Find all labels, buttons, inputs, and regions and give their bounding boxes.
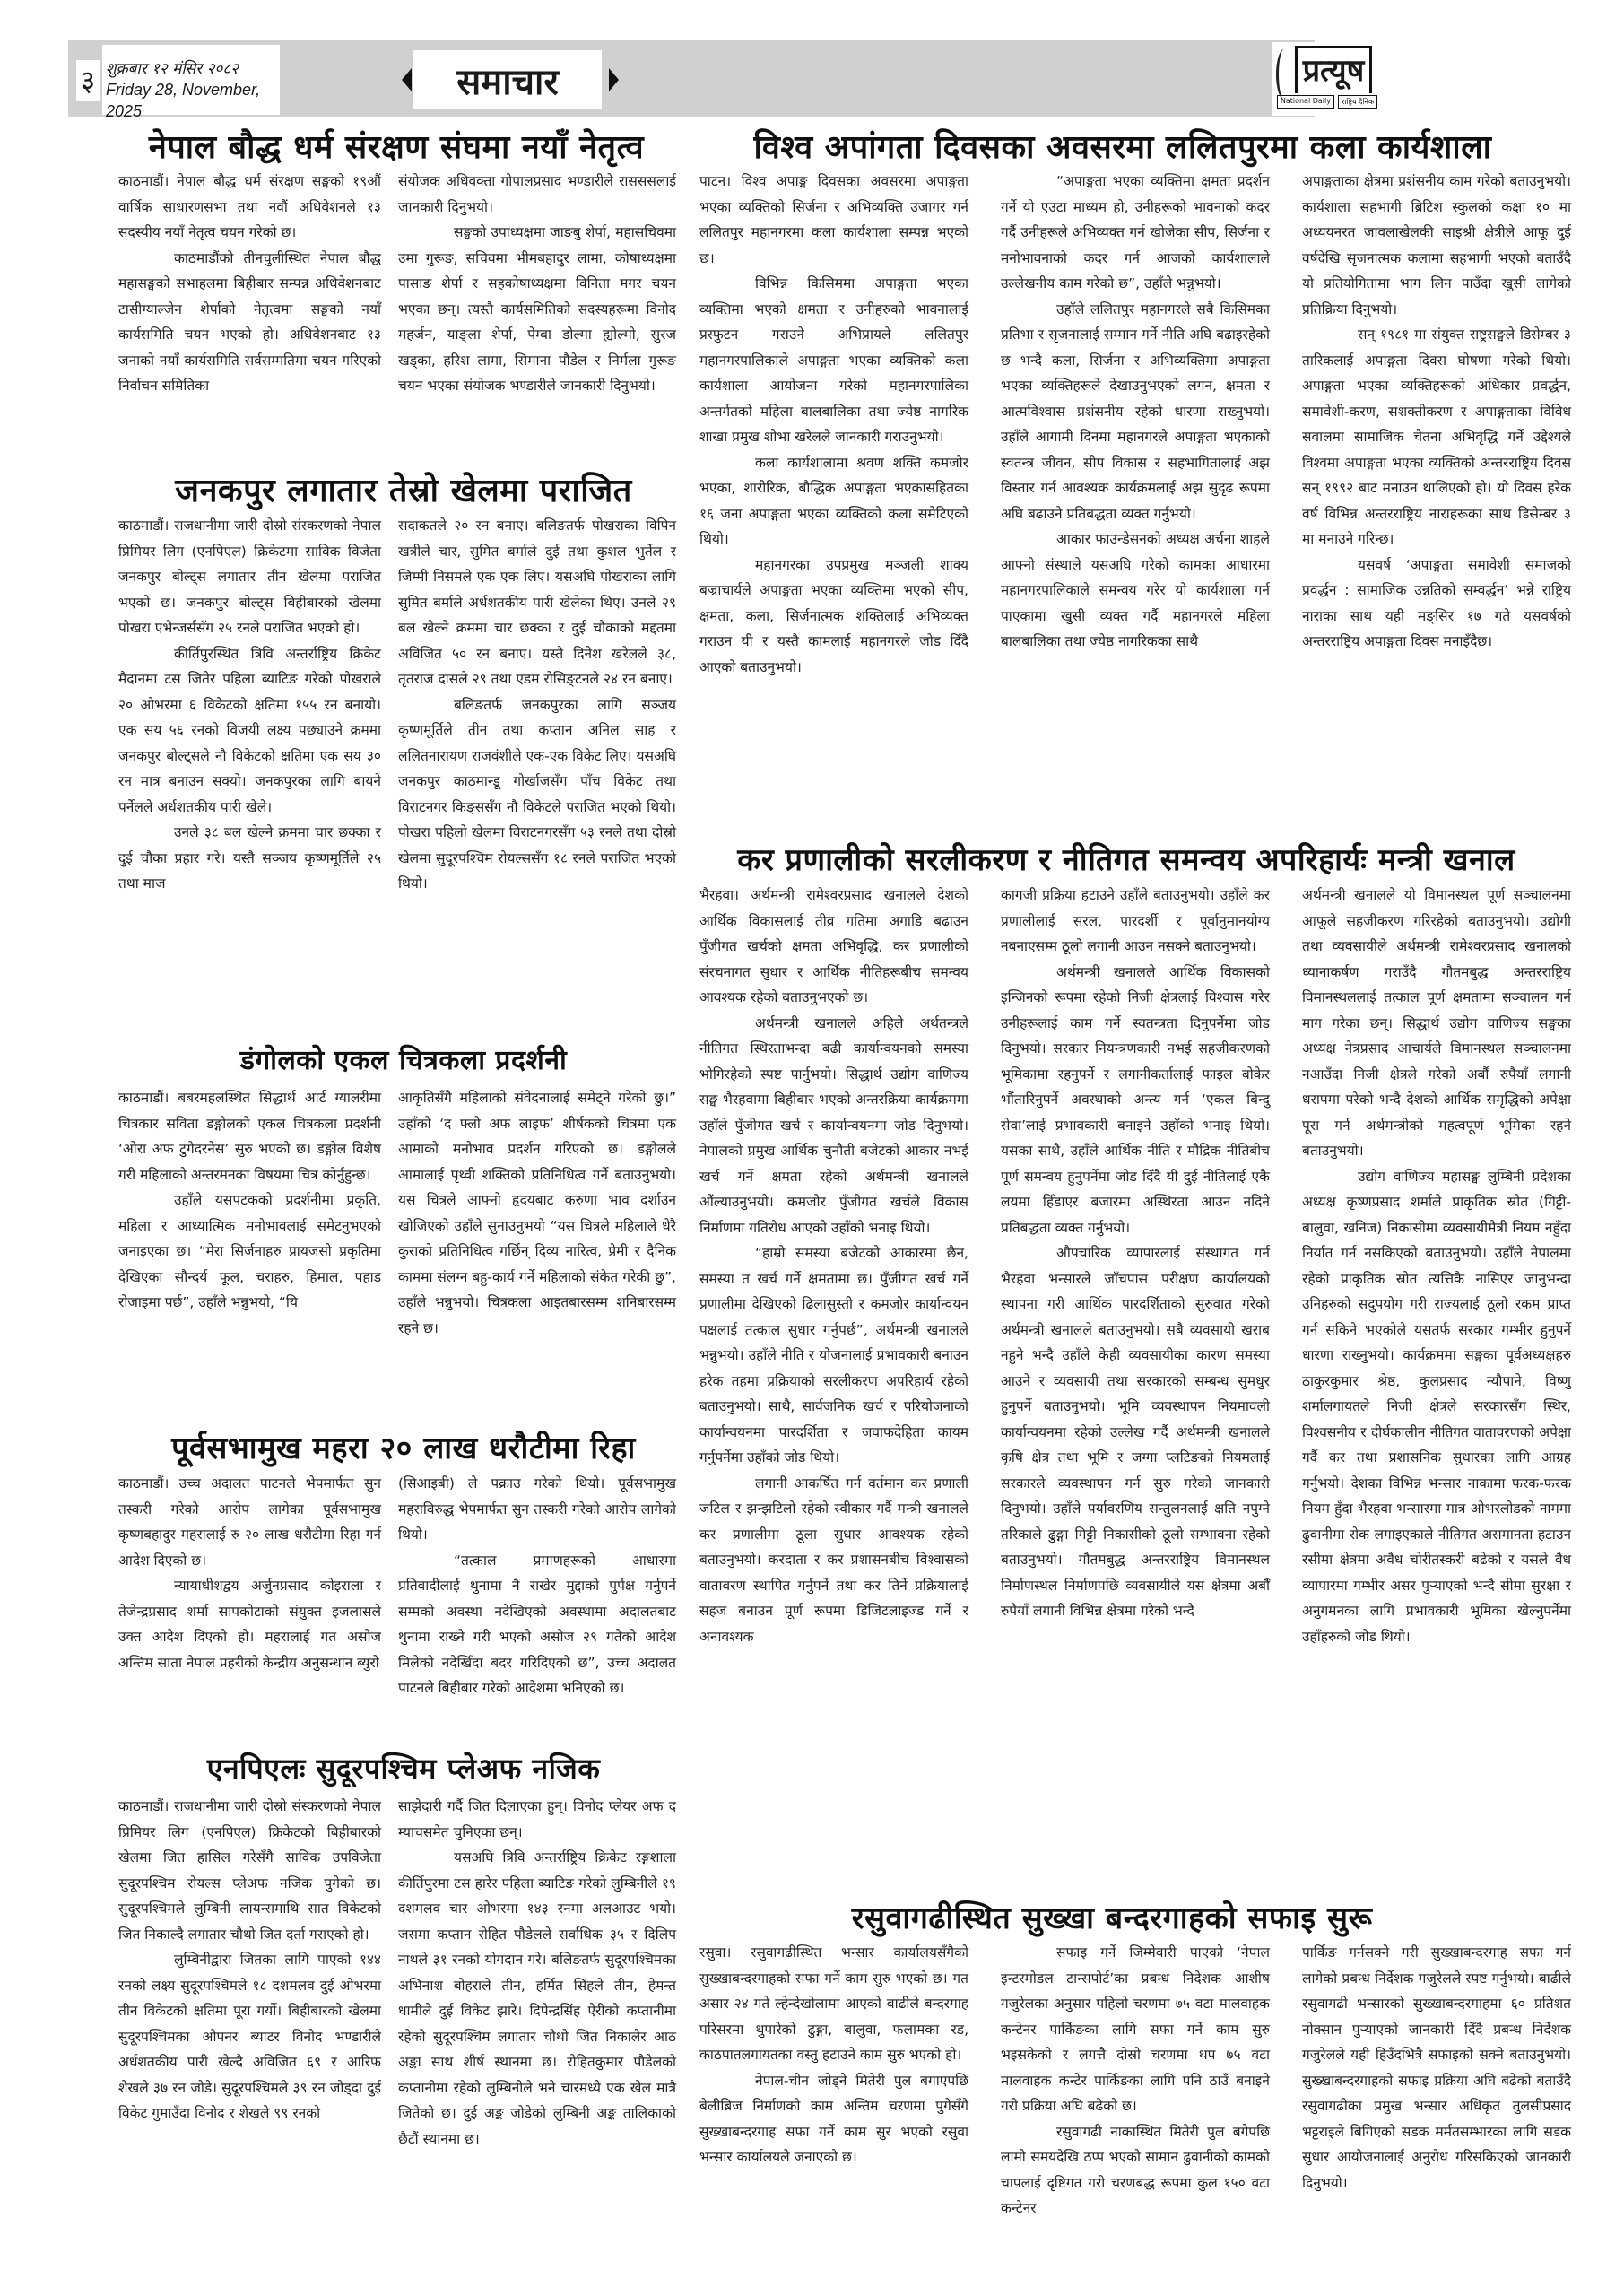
- paragraph: काठमाडौं। राजधानीमा जारी दोस्रो संस्करणक…: [118, 513, 381, 641]
- paragraph: विभिन्न किसिममा अपाङ्गता भएका व्यक्तिमा …: [699, 271, 968, 450]
- article-column: आकृतिसँगै महिलाको संवेदनालाई समेट्ने गरे…: [398, 1085, 676, 1341]
- paragraph: रसुवा। रसुवागढीस्थित भन्सार कार्यालयसँगै…: [699, 1940, 968, 2068]
- paragraph: काठमाडौं। नेपाल बौद्ध धर्म संरक्षण सङ्घक…: [118, 169, 381, 246]
- article-headline: कर प्रणालीको सरलीकरण र नीतिगत समन्वय अपर…: [705, 838, 1548, 879]
- article-column: रसुवा। रसुवागढीस्थित भन्सार कार्यालयसँगै…: [699, 1940, 968, 2170]
- paragraph: सदाकतले २० रन बनाए। बलिङतर्फ पोखराका विप…: [398, 513, 676, 692]
- paragraph: काठमाडौंको तीनचुलीस्थित नेपाल बौद्ध महास…: [118, 246, 381, 399]
- article-column: अर्थमन्त्री खनालले यो विमानस्थल पूर्ण सञ…: [1302, 883, 1571, 1649]
- logo-tag-np: राष्ट्रिय दैनिक: [1338, 95, 1377, 109]
- paragraph: पार्किङ गर्नसक्ने गरी सुख्खाबन्दरगाह सफा…: [1302, 1940, 1571, 2196]
- paragraph: आकृतिसँगै महिलाको संवेदनालाई समेट्ने गरे…: [398, 1085, 676, 1341]
- paragraph: उहाँले यसपटकको प्रदर्शनीमा प्रकृति, महिल…: [118, 1187, 381, 1316]
- article-column: पार्किङ गर्नसक्ने गरी सुख्खाबन्दरगाह सफा…: [1302, 1940, 1571, 2196]
- article-headline: डंगोलको एकल चित्रकला प्रदर्शनी: [152, 1040, 655, 1077]
- date-nepali: शुक्रबार १२ मंसिर २०८२: [106, 59, 276, 79]
- paragraph: उहाँले ललितपुर महानगरले सबै किसिमका प्रत…: [1001, 297, 1270, 527]
- paragraph: सन् १९८१ मा संयुक्त राष्ट्रसङ्घले डिसेम्…: [1302, 322, 1571, 552]
- masthead: ३ शुक्रबार १२ मंसिर २०८२ Friday 28, Nove…: [68, 40, 1315, 117]
- paragraph: साझेदारी गर्दै जित दिलाएका हुन्। विनोद प…: [398, 1794, 676, 1845]
- paragraph: महानगरका उपप्रमुख मञ्जली शाक्य बज्राचार्…: [699, 552, 968, 681]
- paragraph: पाटन। विश्व अपाङ्ग दिवसका अवसरमा अपाङ्गत…: [699, 169, 968, 271]
- paragraph: बलिङतर्फ जनकपुरका लागि सञ्जय कृष्णमूर्ति…: [398, 692, 676, 897]
- paragraph: नेपाल-चीन जोड्ने मितेरी पुल बगाएपछि बेली…: [699, 2068, 968, 2170]
- article-column: अपाङ्गताका क्षेत्रमा प्रशंसनीय काम गरेको…: [1302, 169, 1571, 655]
- article-column: पाटन। विश्व अपाङ्ग दिवसका अवसरमा अपाङ्गत…: [699, 169, 968, 680]
- paragraph: काठमाडौं। उच्च अदालत पाटनले भेपमार्फत सु…: [118, 1471, 381, 1573]
- article-column: साझेदारी गर्दै जित दिलाएका हुन्। विनोद प…: [398, 1794, 676, 2152]
- paragraph: लगानी आकर्षित गर्न वर्तमान कर प्रणाली जट…: [699, 1471, 968, 1650]
- article-column: काठमाडौं। उच्च अदालत पाटनले भेपमार्फत सु…: [118, 1471, 381, 1675]
- paragraph: यसअघि त्रिवि अन्तर्राष्ट्रिय क्रिकेट रङ्…: [398, 1845, 676, 2152]
- article-column: काठमाडौं। राजधानीमा जारी दोस्रो संस्करणक…: [118, 1794, 381, 2126]
- article-headline: विश्व अपांगता दिवसका अवसरमा ललितपुरमा कल…: [710, 124, 1535, 168]
- paragraph: उद्योग वाणिज्य महासङ्घ लुम्बिनी प्रदेशका…: [1302, 1164, 1571, 1650]
- paragraph: उनले ३८ बल खेल्ने क्रममा चार छक्का र दुई…: [118, 820, 381, 897]
- article-column: सफाइ गर्ने जिम्मेवारी पाएको ‘नेपाल इन्टर…: [1001, 1940, 1270, 2222]
- paragraph: न्यायाधीशद्वय अर्जुनप्रसाद कोइराला र तेज…: [118, 1573, 381, 1675]
- article-column: सदाकतले २० रन बनाए। बलिङतर्फ पोखराका विप…: [398, 513, 676, 897]
- article-headline: एनपिएलः सुदूरपश्चिम प्लेअफ नजिक: [152, 1749, 655, 1787]
- section-title: समाचार: [413, 50, 602, 109]
- article-column: भैरहवा। अर्थमन्त्री रामेश्वरप्रसाद खनालल…: [699, 883, 968, 1649]
- newspaper-logo: प्रत्यूष National Daily राष्ट्रिय दैनिक: [1272, 42, 1382, 116]
- paragraph: अपाङ्गताका क्षेत्रमा प्रशंसनीय काम गरेको…: [1302, 169, 1571, 322]
- paragraph: “तत्काल प्रमाणहरूको आधारमा प्रतिवादीलाई …: [398, 1548, 676, 1701]
- paragraph: औपचारिक व्यापारलाई संस्थागत गर्न भैरहवा …: [1001, 1240, 1270, 1624]
- article-headline: नेपाल बौद्ध धर्म संरक्षण संघमा नयाँ नेतृ…: [127, 124, 665, 168]
- date-english: Friday 28, November, 2025: [106, 79, 276, 122]
- paragraph: सफाइ गर्ने जिम्मेवारी पाएको ‘नेपाल इन्टर…: [1001, 1940, 1270, 2119]
- page-number: ३: [76, 60, 100, 101]
- paragraph: संयोजक अधिवक्ता गोपालप्रसाद भण्डारीले रा…: [398, 169, 676, 220]
- article-column: संयोजक अधिवक्ता गोपालप्रसाद भण्डारीले रा…: [398, 169, 676, 399]
- paragraph: लुम्बिनीद्वारा जितका लागि पाएको १४४ रनको…: [118, 1947, 381, 2126]
- article-column: “अपाङ्गता भएका व्यक्तिमा क्षमता प्रदर्शन…: [1001, 169, 1270, 655]
- paragraph: भैरहवा। अर्थमन्त्री रामेश्वरप्रसाद खनालल…: [699, 883, 968, 1011]
- arrow-right-icon: [609, 68, 619, 91]
- paragraph: “अपाङ्गता भएका व्यक्तिमा क्षमता प्रदर्शन…: [1001, 169, 1270, 297]
- date-box: शुक्रबार १२ मंसिर २०८२ Friday 28, Novemb…: [102, 45, 280, 115]
- feather-icon: [1276, 49, 1292, 100]
- paragraph: (सिआइबी) ले पक्राउ गरेको थियो। पूर्वसभाम…: [398, 1471, 676, 1548]
- paragraph: अर्थमन्त्री खनालले यो विमानस्थल पूर्ण सञ…: [1302, 883, 1571, 1164]
- article-column: (सिआइबी) ले पक्राउ गरेको थियो। पूर्वसभाम…: [398, 1471, 676, 1701]
- paragraph: अर्थमन्त्री खनालले आर्थिक विकासको इन्जिन…: [1001, 960, 1270, 1241]
- arrow-left-icon: [402, 68, 412, 91]
- article-column: काठमाडौं। नेपाल बौद्ध धर्म संरक्षण सङ्घक…: [118, 169, 381, 399]
- paragraph: कागजी प्रक्रिया हटाउने उहाँले बताउनुभयो।…: [1001, 883, 1270, 960]
- paragraph: काठमाडौं। बबरमहलस्थित सिद्धार्थ आर्ट ग्य…: [118, 1085, 381, 1187]
- paragraph: अर्थमन्त्री खनालले अहिले अर्थतन्त्रले नी…: [699, 1011, 968, 1241]
- paragraph: कला कार्यशालामा श्रवण शक्ति कमजोर भएका, …: [699, 450, 968, 552]
- paragraph: यसवर्ष ‘अपाङ्गता समावेशी समाजको प्रवर्द्…: [1302, 552, 1571, 655]
- paragraph: सङ्घको उपाध्यक्षमा जाङबु शेर्पा, महासचिव…: [398, 220, 676, 399]
- logo-name: प्रत्यूष: [1295, 46, 1373, 93]
- article-headline: जनकपुर लगातार तेस्रो खेलमा पराजित: [152, 467, 655, 511]
- article-column: कागजी प्रक्रिया हटाउने उहाँले बताउनुभयो।…: [1001, 883, 1270, 1624]
- paragraph: कीर्तिपुरस्थित त्रिवि अन्तर्राष्ट्रिय क्…: [118, 641, 381, 821]
- section-label: समाचार: [402, 50, 619, 109]
- article-headline: पूर्वसभामुख महरा २० लाख धरौटीमा रिहा: [117, 1426, 690, 1467]
- paragraph: “हाम्रो समस्या बजेटको आकारमा छैन, समस्या…: [699, 1240, 968, 1471]
- article-column: काठमाडौं। बबरमहलस्थित सिद्धार्थ आर्ट ग्य…: [118, 1085, 381, 1316]
- paragraph: काठमाडौं। राजधानीमा जारी दोस्रो संस्करणक…: [118, 1794, 381, 1947]
- article-column: काठमाडौं। राजधानीमा जारी दोस्रो संस्करणक…: [118, 513, 381, 897]
- paragraph: रसुवागढी नाकास्थित मितेरी पुल बगेपछि लाम…: [1001, 2119, 1270, 2222]
- paragraph: आकार फाउन्डेसनको अध्यक्ष अर्चना शाहले आफ…: [1001, 526, 1270, 655]
- article-headline: रसुवागढीस्थित सुख्खा बन्दरगाहको सफाइ सुर…: [771, 1896, 1453, 1937]
